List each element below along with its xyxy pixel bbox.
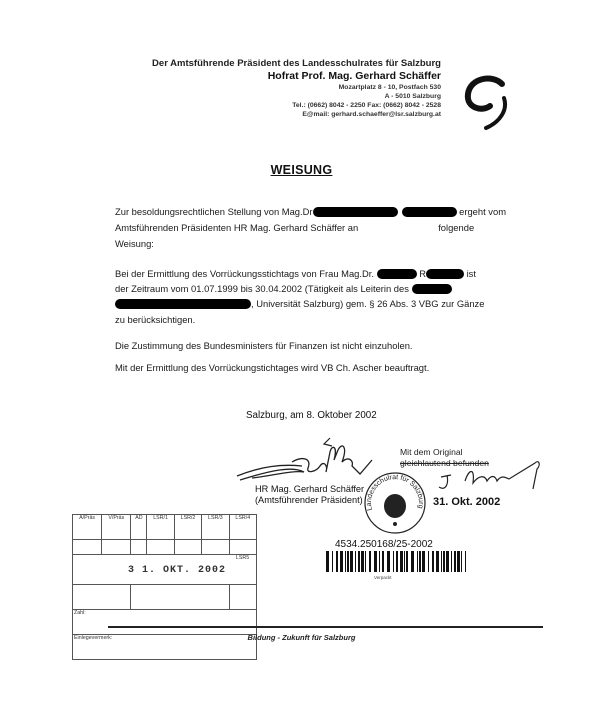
redaction-block <box>426 269 464 279</box>
paragraph-2-line-1: Bei der Ermittlung des Vorrückungssticht… <box>115 268 476 280</box>
grid-cell <box>131 585 229 610</box>
text: R <box>419 268 426 279</box>
paragraph-2-line-2: der Zeitraum vom 01.07.1999 bis 30.04.20… <box>115 283 452 295</box>
letterhead-address-city: A - 5010 Salzburg <box>385 93 441 100</box>
letterhead-name: Hofrat Prof. Mag. Gerhard Schäffer <box>268 70 441 82</box>
grid-header: A/Präs <box>73 515 102 540</box>
official-seal-icon: Landesschulrat für Salzburg <box>362 470 428 536</box>
barcode-caption: Verpackt <box>374 575 392 580</box>
document-title: WEISUNG <box>0 163 603 177</box>
circular-swoosh-logo-icon <box>462 70 522 132</box>
signatory-name: HR Mag. Gerhard Schäffer <box>255 484 364 495</box>
signatory-block: HR Mag. Gerhard Schäffer (Amtsführender … <box>255 484 364 506</box>
letterhead-authority: Der Amtsführende Präsident des Landessch… <box>152 58 441 69</box>
grid-cell <box>73 585 131 610</box>
redaction-block <box>377 269 417 279</box>
grid-header: V/Präs <box>102 515 131 540</box>
redaction-block <box>115 299 251 309</box>
text: ist <box>467 268 476 279</box>
paragraph-1-line-1: Zur besoldungsrechtlichen Stellung von M… <box>115 206 506 218</box>
place-date: Salzburg, am 8. Oktober 2002 <box>246 410 377 421</box>
text: der Zeitraum vom 01.07.1999 bis 30.04.20… <box>115 283 409 294</box>
letterhead-phone: Tel.: (0662) 8042 - 2250 Fax: (0662) 804… <box>292 102 441 109</box>
redaction-block <box>313 207 398 217</box>
text: Zur besoldungsrechtlichen Stellung von M… <box>115 206 313 217</box>
text: , Universität Salzburg) gem. § 26 Abs. 3… <box>251 298 484 309</box>
paragraph-2-line-4: zu berücksichtigen. <box>115 314 195 325</box>
grid-header: LSR/2 <box>174 515 201 540</box>
letterhead-email: E@mail: gerhard.schaeffer@lsr.salzburg.a… <box>302 111 441 118</box>
grid-side-label: LSR5 <box>229 555 256 585</box>
grid-cell <box>229 585 256 610</box>
certification-date: 31. Okt. 2002 <box>433 496 500 508</box>
letterhead-address-street: Mozartplatz 8 - 10, Postfach 530 <box>339 84 441 91</box>
grid-cell <box>174 540 201 555</box>
grid-cell <box>73 540 102 555</box>
text: ergeht vom <box>459 206 506 217</box>
paragraph-1-line-3: Weisung: <box>115 238 154 249</box>
redaction-block <box>402 207 457 217</box>
grid-cell <box>131 540 147 555</box>
text: Amtsführenden Präsidenten HR Mag. Gerhar… <box>115 222 358 233</box>
handwritten-initials-icon <box>435 455 545 500</box>
paragraph-3: Die Zustimmung des Bundesministers für F… <box>115 340 413 351</box>
paragraph-1-line-2: Amtsführenden Präsidenten HR Mag. Gerhar… <box>115 222 474 233</box>
text: Bei der Ermittlung des Vorrückungssticht… <box>115 268 374 279</box>
redaction-block <box>412 284 452 294</box>
grid-header: LSR/3 <box>202 515 229 540</box>
file-number: 4534.250168/25-2002 <box>335 539 433 550</box>
grid-cell <box>202 540 229 555</box>
footer-slogan: Bildung - Zukunft für Salzburg <box>0 633 603 642</box>
grid-cell <box>102 540 131 555</box>
footer-divider <box>108 626 543 628</box>
grid-cell <box>147 540 174 555</box>
grid-cell <box>229 540 256 555</box>
received-date-stamp: 3 1. OKT. 2002 <box>128 565 226 576</box>
handwritten-signature-icon <box>232 436 382 486</box>
paragraph-2-line-3: , Universität Salzburg) gem. § 26 Abs. 3… <box>115 298 484 310</box>
grid-number-label: Zahl: <box>73 610 257 635</box>
signatory-role: (Amtsführender Präsident) <box>255 495 364 506</box>
grid-header: LSR/1 <box>147 515 174 540</box>
barcode-icon <box>326 551 466 572</box>
paragraph-4: Mit der Ermittlung des Vorrückungstichta… <box>115 362 429 373</box>
text: folgende <box>438 222 474 233</box>
grid-header: AD <box>131 515 147 540</box>
grid-header: LSR/4 <box>229 515 256 540</box>
